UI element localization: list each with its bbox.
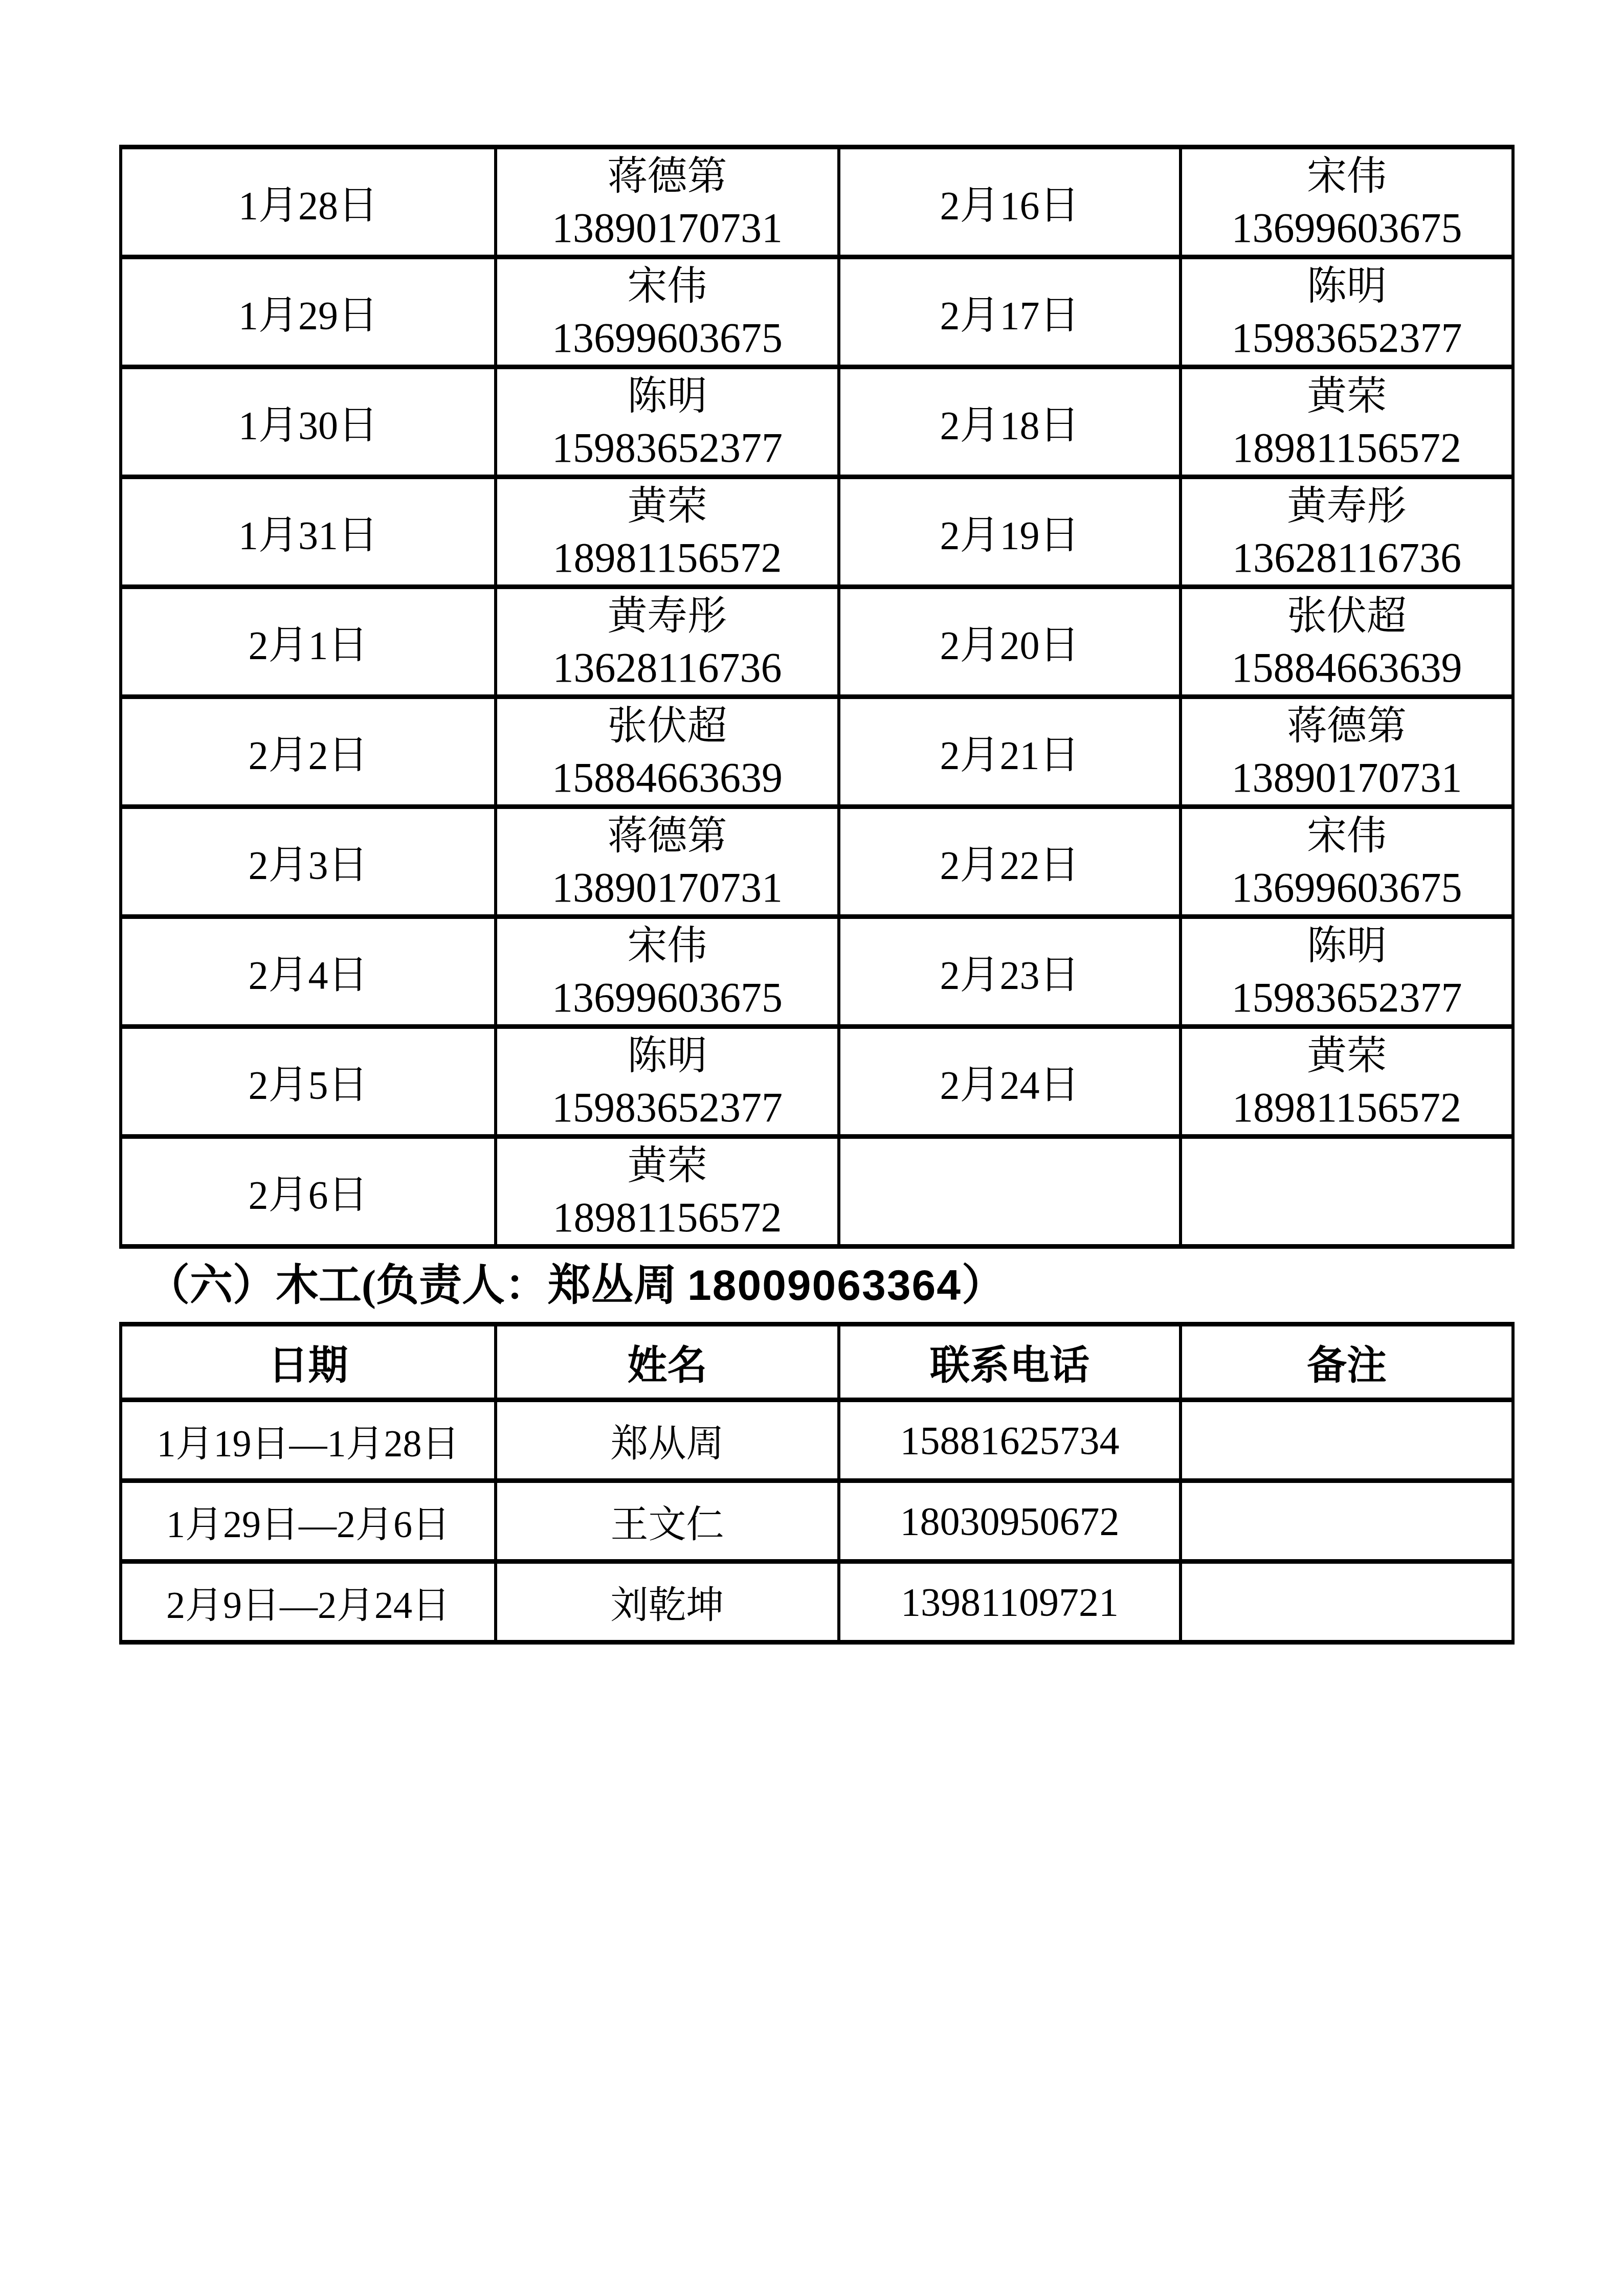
table-row: 1月29日 宋伟 13699603675 2月17日 陈明 1598365237… (121, 257, 1513, 367)
duty-date-cell: 1月28日 (121, 147, 496, 257)
duty-person-cell: 蒋德第 13890170731 (1181, 697, 1513, 807)
carpenter-name-cell: 刘乾坤 (496, 1562, 839, 1642)
table-row: 2月9日—2月24日 刘乾坤 13981109721 (121, 1562, 1513, 1642)
duty-date: 2月2日 (248, 733, 368, 777)
duty-person-name: 张伏超 (497, 700, 837, 752)
duty-person-phone: 15884663639 (1182, 642, 1511, 693)
duty-date: 2月1日 (248, 623, 368, 667)
duty-person-name: 黄荣 (497, 1140, 837, 1191)
duty-date-cell (839, 1137, 1181, 1247)
duty-person-cell: 张伏超 15884663639 (496, 697, 839, 807)
table-row: 2月5日 陈明 15983652377 2月24日 黄荣 18981156572 (121, 1027, 1513, 1137)
table-row: 1月29日—2月6日 王文仁 18030950672 (121, 1481, 1513, 1562)
duty-date-cell: 2月24日 (839, 1027, 1181, 1137)
carpenter-note-cell (1181, 1400, 1513, 1481)
duty-roster-table: 1月28日 蒋德第 13890170731 2月16日 宋伟 136996036… (119, 145, 1515, 1249)
carpenter-date-cell: 1月29日—2月6日 (121, 1481, 496, 1562)
duty-person-cell: 黄荣 18981156572 (496, 477, 839, 587)
duty-person-phone: 15983652377 (497, 1082, 837, 1133)
duty-person-phone: 13699603675 (1182, 202, 1511, 254)
carpenter-note-cell (1181, 1481, 1513, 1562)
carpenter-name-cell: 王文仁 (496, 1481, 839, 1562)
duty-date-cell: 2月17日 (839, 257, 1181, 367)
duty-person-cell: 陈明 15983652377 (496, 367, 839, 477)
duty-person-phone: 13890170731 (497, 202, 837, 254)
duty-person-cell (1181, 1137, 1513, 1247)
duty-date-cell: 2月3日 (121, 807, 496, 917)
duty-person-phone: 15983652377 (1182, 972, 1511, 1023)
duty-person-phone: 15983652377 (497, 422, 837, 474)
duty-person-phone: 18981156572 (497, 532, 837, 583)
duty-person-cell: 宋伟 13699603675 (1181, 147, 1513, 257)
duty-date-cell: 2月1日 (121, 587, 496, 697)
carpenter-note-cell (1181, 1562, 1513, 1642)
duty-person-cell: 蒋德第 13890170731 (496, 807, 839, 917)
duty-date: 2月5日 (248, 1063, 368, 1107)
duty-person-name: 宋伟 (497, 260, 837, 312)
duty-person-name: 宋伟 (1182, 810, 1511, 862)
duty-date-cell: 2月23日 (839, 917, 1181, 1027)
duty-person-cell: 宋伟 13699603675 (496, 917, 839, 1027)
duty-person-cell: 黄寿彤 13628116736 (1181, 477, 1513, 587)
duty-person-phone: 13628116736 (1182, 532, 1511, 583)
duty-date-cell: 2月22日 (839, 807, 1181, 917)
duty-date-cell: 2月21日 (839, 697, 1181, 807)
duty-date-cell: 2月16日 (839, 147, 1181, 257)
duty-date-cell: 2月5日 (121, 1027, 496, 1137)
table-row: 1月28日 蒋德第 13890170731 2月16日 宋伟 136996036… (121, 147, 1513, 257)
duty-person-phone: 15983652377 (1182, 312, 1511, 364)
duty-person-cell: 陈明 15983652377 (496, 1027, 839, 1137)
carpenter-phone-cell: 15881625734 (839, 1400, 1181, 1481)
duty-person-name: 宋伟 (497, 920, 837, 972)
duty-person-cell: 宋伟 13699603675 (496, 257, 839, 367)
duty-person-name: 黄寿彤 (497, 590, 837, 642)
duty-date-cell: 2月4日 (121, 917, 496, 1027)
duty-date: 2月19日 (940, 513, 1079, 557)
duty-date-cell: 1月30日 (121, 367, 496, 477)
duty-date: 1月31日 (238, 513, 378, 557)
section-heading: （六）木工(负责人：郑丛周 18009063364） (147, 1257, 1005, 1314)
duty-person-name: 黄荣 (1182, 1030, 1511, 1082)
duty-date-cell: 2月20日 (839, 587, 1181, 697)
duty-person-name: 蒋德第 (497, 810, 837, 862)
duty-date-cell: 1月29日 (121, 257, 496, 367)
duty-date: 2月18日 (940, 403, 1079, 447)
duty-person-name: 黄寿彤 (1182, 480, 1511, 532)
duty-person-phone: 13699603675 (497, 312, 837, 364)
carpenter-date-cell: 1月19日—1月28日 (121, 1400, 496, 1481)
carpenter-schedule-table: 日期 姓名 联系电话 备注 1月19日—1月28日 郑从周 1588162573… (119, 1322, 1515, 1645)
duty-person-name: 张伏超 (1182, 590, 1511, 642)
section-heading-text: （六）木工(负责人：郑丛周 (147, 1262, 687, 1310)
duty-person-phone: 18981156572 (1182, 1082, 1511, 1133)
duty-date: 1月30日 (238, 403, 378, 447)
duty-date: 2月17日 (940, 293, 1079, 337)
duty-person-name: 黄荣 (497, 480, 837, 532)
duty-date-cell: 2月6日 (121, 1137, 496, 1247)
document-page: 1月28日 蒋德第 13890170731 2月16日 宋伟 136996036… (0, 0, 1624, 2296)
duty-date: 1月29日 (238, 293, 378, 337)
duty-person-cell: 张伏超 15884663639 (1181, 587, 1513, 697)
header-cell-note: 备注 (1181, 1324, 1513, 1400)
duty-date-cell: 2月2日 (121, 697, 496, 807)
table-row: 2月1日 黄寿彤 13628116736 2月20日 张伏超 158846636… (121, 587, 1513, 697)
duty-person-phone: 13699603675 (497, 972, 837, 1023)
carpenter-phone-cell: 13981109721 (839, 1562, 1181, 1642)
duty-person-name: 蒋德第 (1182, 700, 1511, 752)
duty-person-cell: 蒋德第 13890170731 (496, 147, 839, 257)
duty-date: 2月3日 (248, 843, 368, 887)
duty-person-cell: 黄荣 18981156572 (1181, 367, 1513, 477)
duty-date-cell: 2月18日 (839, 367, 1181, 477)
duty-date: 2月20日 (940, 623, 1079, 667)
header-cell-name: 姓名 (496, 1324, 839, 1400)
duty-person-cell: 黄荣 18981156572 (496, 1137, 839, 1247)
duty-person-phone: 13890170731 (497, 862, 837, 913)
duty-person-name: 黄荣 (1182, 370, 1511, 422)
duty-person-name: 陈明 (1182, 260, 1511, 312)
duty-date-cell: 2月19日 (839, 477, 1181, 587)
duty-date: 2月22日 (940, 843, 1079, 887)
duty-date: 2月16日 (940, 183, 1079, 228)
table-row: 1月30日 陈明 15983652377 2月18日 黄荣 1898115657… (121, 367, 1513, 477)
header-cell-phone: 联系电话 (839, 1324, 1181, 1400)
duty-person-phone: 18981156572 (497, 1191, 837, 1243)
carpenter-name-cell: 郑从周 (496, 1400, 839, 1481)
duty-person-cell: 宋伟 13699603675 (1181, 807, 1513, 917)
header-cell-date: 日期 (121, 1324, 496, 1400)
duty-person-name: 陈明 (497, 370, 837, 422)
table-row: 2月3日 蒋德第 13890170731 2月22日 宋伟 1369960367… (121, 807, 1513, 917)
duty-person-name: 陈明 (497, 1030, 837, 1082)
duty-date: 2月4日 (248, 953, 368, 997)
duty-person-phone: 13628116736 (497, 642, 837, 693)
duty-person-cell: 黄寿彤 13628116736 (496, 587, 839, 697)
table-row: 2月4日 宋伟 13699603675 2月23日 陈明 15983652377 (121, 917, 1513, 1027)
duty-date: 1月28日 (238, 183, 378, 228)
duty-date: 2月23日 (940, 953, 1079, 997)
duty-person-phone: 13890170731 (1182, 752, 1511, 803)
duty-date: 2月24日 (940, 1063, 1079, 1107)
duty-person-name: 宋伟 (1182, 150, 1511, 202)
duty-person-cell: 陈明 15983652377 (1181, 917, 1513, 1027)
duty-person-name: 陈明 (1182, 920, 1511, 972)
table-header-row: 日期 姓名 联系电话 备注 (121, 1324, 1513, 1400)
table-row: 2月6日 黄荣 18981156572 (121, 1137, 1513, 1247)
duty-person-cell: 陈明 15983652377 (1181, 257, 1513, 367)
duty-person-name: 蒋德第 (497, 150, 837, 202)
section-heading-close: ） (962, 1262, 1005, 1310)
carpenter-phone-cell: 18030950672 (839, 1481, 1181, 1562)
table-row: 1月19日—1月28日 郑从周 15881625734 (121, 1400, 1513, 1481)
table-row: 2月2日 张伏超 15884663639 2月21日 蒋德第 138901707… (121, 697, 1513, 807)
duty-person-phone: 15884663639 (497, 752, 837, 803)
duty-person-cell: 黄荣 18981156572 (1181, 1027, 1513, 1137)
duty-date: 2月21日 (940, 733, 1079, 777)
carpenter-date-cell: 2月9日—2月24日 (121, 1562, 496, 1642)
duty-person-phone: 18981156572 (1182, 422, 1511, 474)
section-heading-phone: 18009063364 (687, 1261, 962, 1309)
table-row: 1月31日 黄荣 18981156572 2月19日 黄寿彤 136281167… (121, 477, 1513, 587)
duty-date: 2月6日 (248, 1173, 368, 1217)
duty-person-phone: 13699603675 (1182, 862, 1511, 913)
duty-date-cell: 1月31日 (121, 477, 496, 587)
